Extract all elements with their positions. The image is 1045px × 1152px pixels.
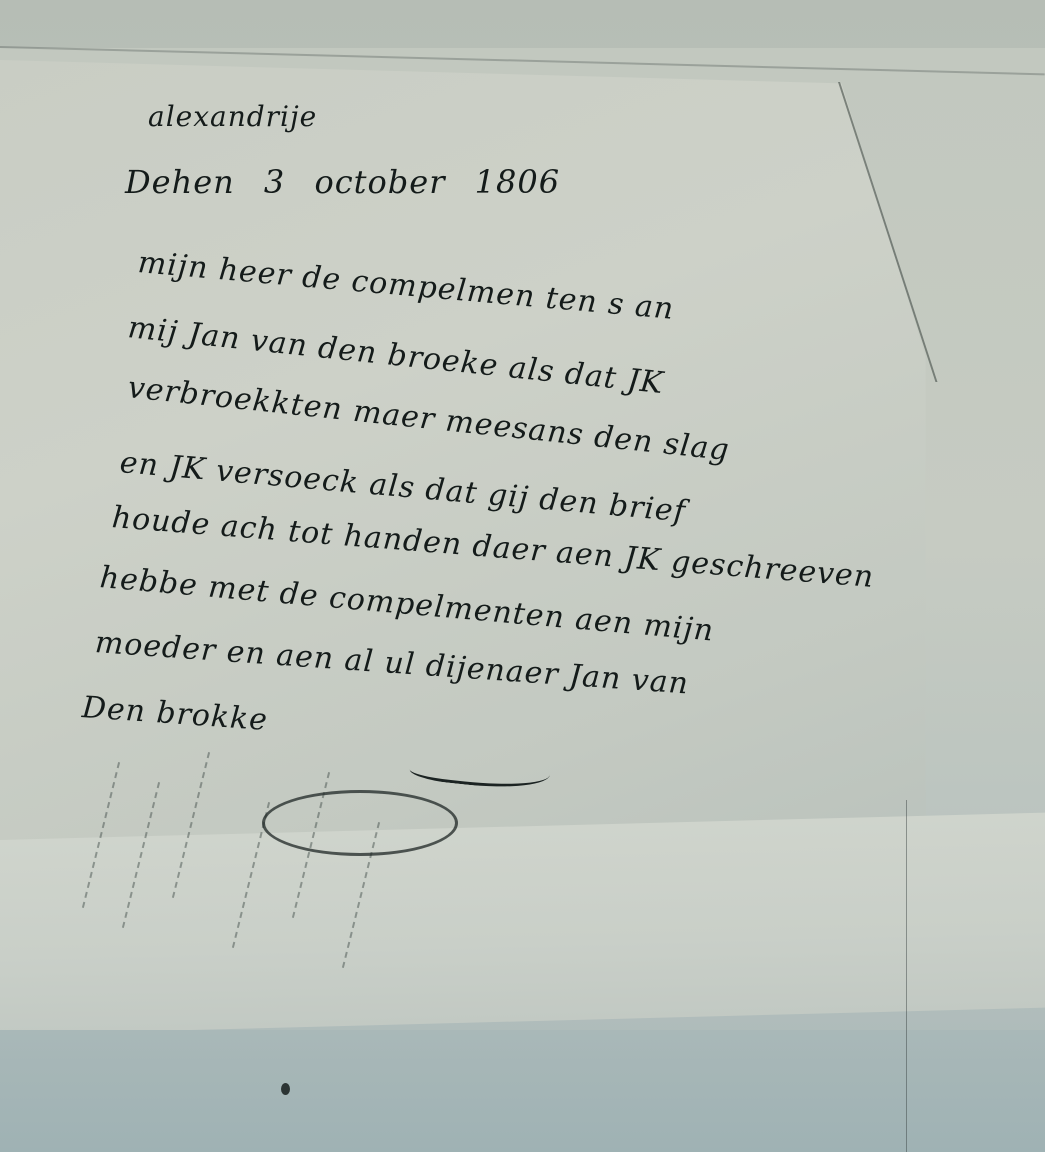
- body-line: mijn heer de compelmen ten s an: [136, 245, 675, 327]
- body-line: Den brokke: [81, 690, 269, 738]
- handwritten-text: alexandrije Dehen 3 october 1806 mijn he…: [0, 0, 1045, 1152]
- date-line: Dehen 3 october 1806: [125, 163, 560, 201]
- place-line: alexandrije: [148, 100, 317, 133]
